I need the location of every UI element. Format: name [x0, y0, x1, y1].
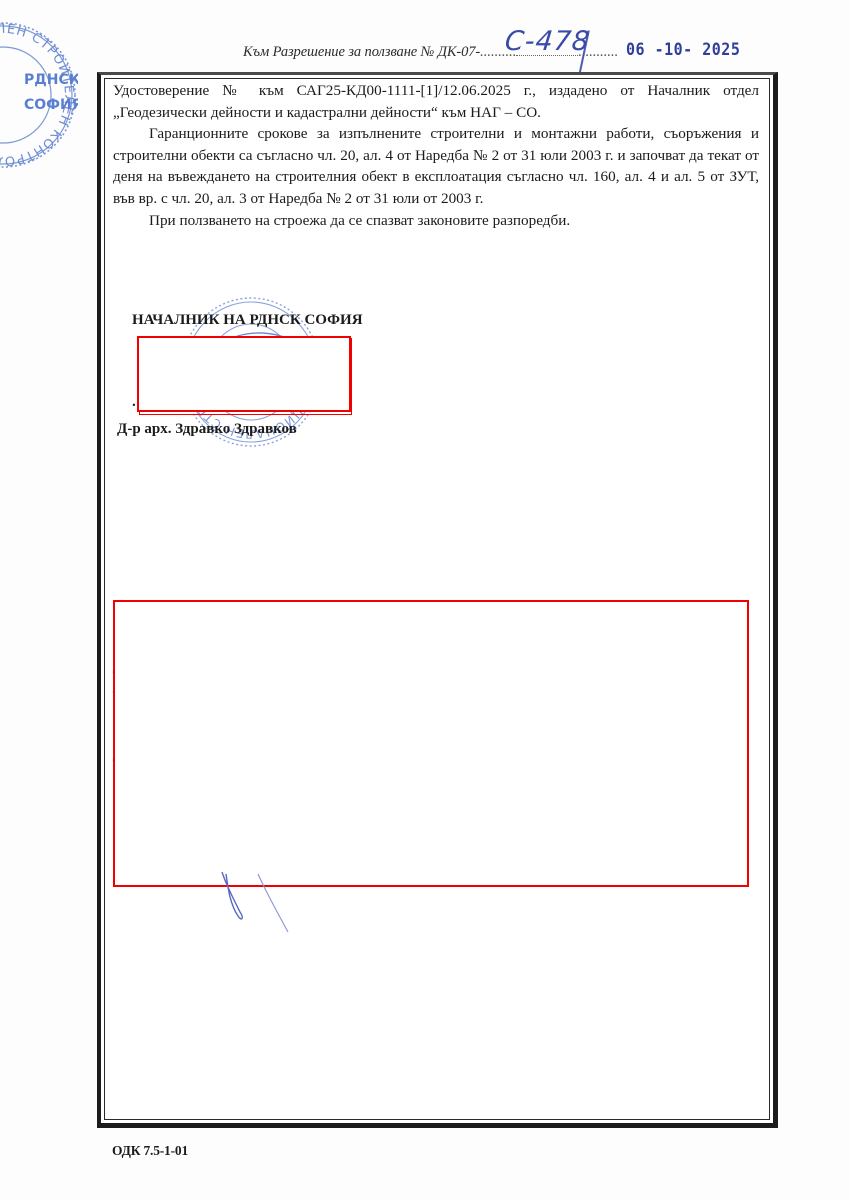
corner-stamp-line-2: СОФИЯ: [24, 97, 78, 113]
document-form-code: ОДК 7.5-1-01: [112, 1143, 188, 1159]
corner-stamp-ring-text: НАЦИОНАЛЕН СТРОИТЕЛЕН КОНТРОЛ: [0, 22, 76, 168]
handwritten-permit-number: С-478: [503, 26, 591, 57]
official-stamp-corner: НАЦИОНАЛЕН СТРОИТЕЛЕН КОНТРОЛ РДНСК СОФИ…: [0, 8, 78, 183]
document-body: Удостоверение № към САГ25-КД00-1111-[1]/…: [113, 80, 759, 231]
warranty-paragraph: Гаранционните срокове за изпълнените стр…: [113, 123, 759, 209]
certificate-paragraph: Удостоверение № към САГ25-КД00-1111-[1]/…: [113, 80, 759, 123]
signature-stroke: [200, 870, 320, 940]
signature-dot: .: [132, 394, 136, 411]
signatory-title: НАЧАЛНИК НА РДНСК СОФИЯ: [132, 312, 363, 329]
stamped-date: 06 -10- 2025: [626, 39, 740, 60]
signatory-name: Д-р арх. Здравко Здравков: [117, 421, 297, 438]
document-frame-inner: [104, 78, 770, 1120]
corner-stamp-line-1: РДНСК: [24, 72, 78, 88]
svg-text:НАЦИОНАЛЕН СТРОИТЕЛЕН КОНТРОЛ: НАЦИОНАЛЕН СТРОИТЕЛЕН КОНТРОЛ: [0, 22, 76, 168]
usage-paragraph: При ползването на строежа да се спазват …: [113, 210, 759, 232]
redaction-box-lower: [113, 600, 749, 887]
redaction-box-signature: [137, 336, 351, 412]
permit-reference-label: Към Разрешение за ползване № ДК-07-: [243, 44, 480, 60]
